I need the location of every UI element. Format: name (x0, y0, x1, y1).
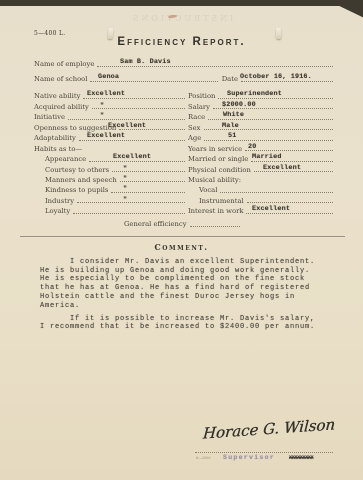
form-row: AppearanceExcellent (34, 153, 185, 163)
field-label: Manners and speech (34, 176, 120, 184)
ditto-mark: " (123, 175, 127, 183)
typed-value: Excellent (113, 153, 151, 161)
form-row: Openness to suggestionExcellent (34, 121, 185, 131)
school-date-row: Name of school Date Genoa October 16, 19… (34, 70, 333, 83)
typed-value: Married (252, 153, 282, 161)
dotted-line (190, 225, 240, 227)
field-label: Physical condition (188, 166, 254, 174)
field-label: Musical ability: (188, 176, 244, 184)
form-row: Acquired ability" (34, 100, 185, 110)
employe-label: Name of employe (34, 60, 97, 68)
ditto-mark: " (123, 196, 127, 204)
section-divider (20, 236, 345, 237)
employe-value: Sam B. Davis (120, 58, 171, 66)
typed-value: Excellent (252, 205, 290, 213)
dotted-line (68, 118, 185, 120)
dotted-line (245, 149, 333, 151)
ditto-mark: " (123, 185, 127, 193)
signature-line (195, 452, 333, 453)
ratings-column-left: Native abilityExcellentAcquired ability"… (34, 90, 185, 215)
typed-value: Superinendent (227, 90, 282, 98)
form-row: Salary$2000.00 (188, 100, 333, 110)
dotted-line (220, 191, 333, 193)
signature-title: Supervisor (223, 454, 275, 461)
date-value: October 16, 1916. (240, 73, 312, 81)
document-paper: INSTRUCTIONS 5—400 L. Efficiency Report.… (0, 6, 363, 480)
print-code: 6—2000 (196, 456, 211, 460)
bleed-through-text: INSTRUCTIONS (0, 14, 363, 23)
field-label: Married or single (188, 155, 251, 163)
field-label: Salary (188, 103, 213, 111)
dotted-line (247, 201, 333, 203)
dotted-line (77, 201, 185, 203)
form-row: Married or singleMarried (188, 153, 333, 163)
field-label: Courtesy to others (34, 166, 112, 174)
form-row: Physical conditionExcellent (188, 163, 333, 173)
field-label: Kindness to pupils (34, 186, 111, 194)
handwritten-signature: Horace G. Wilson (198, 415, 341, 443)
form-row: Vocal (188, 184, 333, 194)
form-row: Native abilityExcellent (34, 90, 185, 100)
form-row: AdaptabilityExcellent (34, 132, 185, 142)
ditto-mark: " (123, 165, 127, 173)
form-row: Industry" (34, 194, 185, 204)
field-label: Instrumental (188, 197, 247, 205)
dotted-line (73, 212, 185, 214)
struck-out-text: XXXXXXXXX (289, 455, 313, 461)
typed-value: $2000.00 (222, 101, 256, 109)
comment-heading: Comment. (0, 242, 363, 252)
typed-value: 20 (248, 143, 256, 151)
field-label: Loyalty (34, 207, 73, 215)
field-label: Industry (34, 197, 77, 205)
form-row: Manners and speech" (34, 174, 185, 184)
form-row: Habits as to— (34, 142, 185, 152)
form-row: Interest in workExcellent (188, 205, 333, 215)
dotted-line (120, 180, 185, 182)
field-label: Sex (188, 124, 204, 132)
date-label: Date (222, 75, 241, 83)
field-label: Years in service (188, 145, 245, 153)
field-label: Race (188, 113, 208, 121)
typed-value: Male (222, 122, 239, 130)
general-efficiency-label: General efficiency (124, 220, 190, 228)
comment-body: I consider Mr. Davis an excellent Superi… (40, 258, 335, 332)
field-label: Native ability (34, 92, 83, 100)
comment-paragraph-2: If it is possible to increase Mr. Davis'… (40, 315, 335, 332)
form-row: Instrumental (188, 194, 333, 204)
typed-value: Excellent (108, 122, 146, 130)
school-value: Genoa (98, 73, 119, 81)
dotted-line (92, 107, 185, 109)
field-label: Acquired ability (34, 103, 92, 111)
form-row: Courtesy to others" (34, 163, 185, 173)
general-efficiency-row: General efficiency (124, 217, 240, 228)
typed-value: White (223, 111, 244, 119)
field-label: Position (188, 92, 218, 100)
field-label: Adaptability (34, 134, 79, 142)
page-title: Efficiency Report. (0, 36, 363, 48)
field-label: Appearance (34, 155, 89, 163)
employe-row: Name of employe Sam B. Davis (34, 55, 333, 68)
typed-value: Excellent (87, 132, 125, 140)
field-label: Vocal (188, 186, 220, 194)
form-row: Initiative" (34, 111, 185, 121)
field-label: Habits as to— (34, 145, 85, 153)
ditto-mark: " (100, 102, 104, 110)
dotted-line (204, 139, 333, 141)
field-label: Openness to suggestion (34, 124, 119, 132)
form-row: Kindness to pupils" (34, 184, 185, 194)
form-row: RaceWhite (188, 111, 333, 121)
typed-value: 51 (228, 132, 236, 140)
form-row: Age51 (188, 132, 333, 142)
typed-value: Excellent (87, 90, 125, 98)
field-label: Interest in work (188, 207, 246, 215)
form-row: Loyalty (34, 205, 185, 215)
typed-value: Excellent (263, 164, 301, 172)
form-row: Years in service20 (188, 142, 333, 152)
field-label: Initiative (34, 113, 68, 121)
ditto-mark: " (100, 112, 104, 120)
field-label: Age (188, 134, 204, 142)
comment-paragraph-1: I consider Mr. Davis an excellent Superi… (40, 258, 335, 310)
school-label: Name of school (34, 75, 90, 83)
form-row: SexMale (188, 121, 333, 131)
form-row: PositionSuperinendent (188, 90, 333, 100)
form-row: Musical ability: (188, 174, 333, 184)
ratings-column-right: PositionSuperinendentSalary$2000.00RaceW… (188, 90, 333, 215)
